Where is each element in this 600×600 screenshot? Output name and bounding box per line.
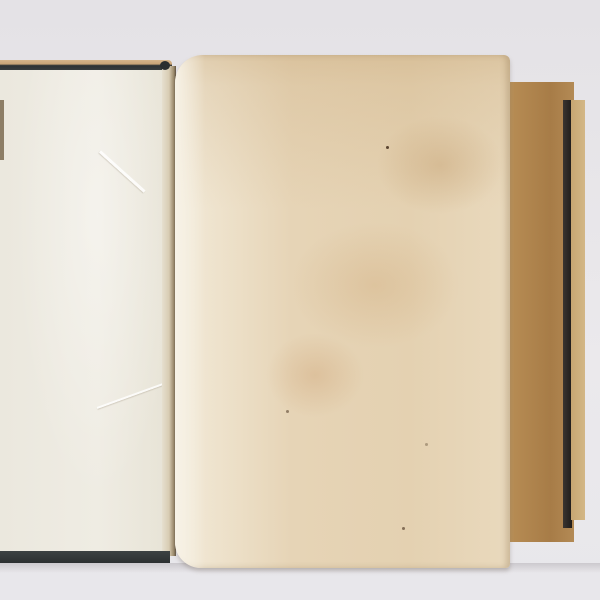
- pastedown-edge-mark: [0, 100, 4, 160]
- pastedown-page: [0, 70, 163, 552]
- foxing-spot: [386, 146, 389, 149]
- book-hinge: [162, 66, 176, 556]
- flyleaf-curl-highlight: [175, 55, 205, 568]
- back-cover-board: [571, 100, 585, 520]
- front-cover-top-edge: [0, 60, 172, 70]
- foxing-spot: [286, 410, 289, 413]
- front-cover-bottom-edge: [0, 551, 170, 563]
- foxing-spot: [402, 527, 405, 530]
- blank-flyleaf-page: [175, 55, 510, 568]
- spine-headcap: [160, 61, 170, 70]
- foxing-spot: [425, 443, 428, 446]
